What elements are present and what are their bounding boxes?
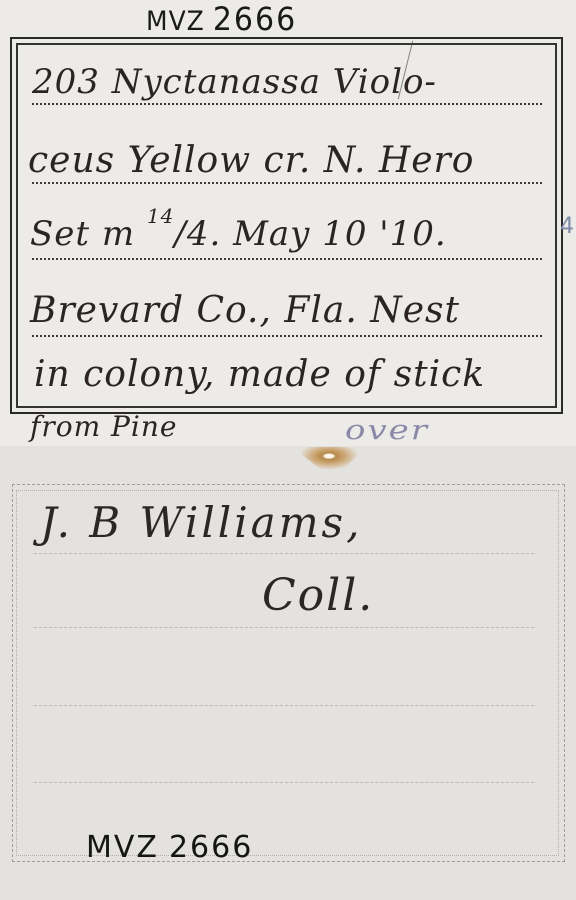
label-line-nest-notes: in colony, made of stick [34, 354, 485, 395]
set-date: /4. May 10 '10. [174, 214, 446, 254]
catalog-number: 2666 [169, 830, 253, 865]
set-prefix: Set m [30, 214, 147, 254]
label-line-county-state: Brevard Co., Fla. Nest [30, 290, 460, 331]
ruled-line [32, 103, 542, 105]
label-line-species: 203 Nyctanassa Violo- [32, 62, 437, 102]
label-line-set-date: Set m 14/4. May 10 '10. [30, 214, 447, 254]
top-label-card: MVZ2666 203 Nyctanassa Violo- ceus Yello… [0, 0, 576, 447]
ruled-line [32, 335, 542, 337]
catalog-prefix: MVZ [86, 830, 159, 865]
label-line-nest-material: from Pine [30, 410, 177, 443]
lower-ruled-line [34, 627, 534, 628]
label-line-common-name-locality: ceus Yellow cr. N. Hero [28, 140, 474, 181]
scanned-label-page: MVZ2666 203 Nyctanassa Violo- ceus Yello… [0, 0, 576, 900]
ruled-line [32, 258, 542, 260]
lower-ruled-line [34, 553, 534, 554]
pencil-annotation: over [345, 414, 429, 446]
lower-ruled-line [34, 782, 534, 783]
collector-abbreviation: Coll. [262, 570, 374, 621]
lower-ruled-line [34, 705, 534, 706]
catalog-number-bottom: MVZ2666 [86, 830, 253, 865]
margin-pencil-mark: 4 [560, 214, 574, 239]
collector-name: J. B Williams, [40, 498, 362, 547]
catalog-number-top: MVZ2666 [146, 1, 297, 39]
set-count: 14 [147, 204, 174, 228]
catalog-number: 2666 [213, 1, 297, 39]
ruled-line [32, 182, 542, 184]
catalog-prefix: MVZ [146, 5, 205, 36]
